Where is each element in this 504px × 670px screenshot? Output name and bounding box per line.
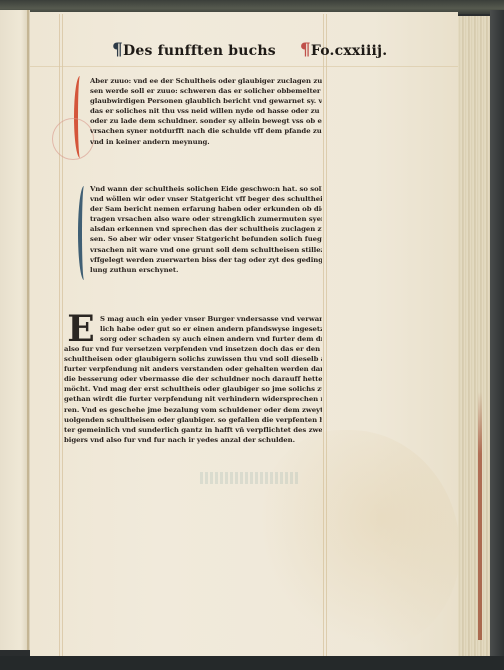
text-line: also fur vnd fur versetzen verpfenden vn… xyxy=(64,344,322,354)
text-line: vrsachen syner notdurfft nach die schuld… xyxy=(90,126,322,136)
text-line: oder zu lade dem schuldner. sonder sy al… xyxy=(90,116,322,126)
text-line: Vnd wann der schultheis solichen Eide ge… xyxy=(90,184,322,194)
red-edge-stain xyxy=(478,20,482,640)
gutter-fold xyxy=(27,10,29,650)
rubric-bracket-blue xyxy=(78,186,90,280)
text-line: vnd in keiner andern meynung. xyxy=(90,137,322,147)
text-line: glaubwirdigen Personen glaublich bericht… xyxy=(90,96,322,106)
text-line: die besserung oder vbermasse die der sch… xyxy=(64,374,322,384)
book-cover-right xyxy=(490,10,504,670)
text-line: ter gemeinlich vnd sunderlich gantz in h… xyxy=(64,425,322,435)
paragraph-2: Vnd wann der schultheis solichen Eide ge… xyxy=(90,184,322,275)
text-line: vffgelegt werden zuerwarten biss der tag… xyxy=(90,255,322,265)
pilcrow-icon: ¶ xyxy=(112,40,123,60)
ruling-line-header xyxy=(30,66,458,67)
rubric-flourish xyxy=(52,118,94,160)
text-line: tragen vrsachen also ware oder strengkli… xyxy=(90,214,322,224)
text-line: vnd wöllen wir oder vnser Statgericht vf… xyxy=(90,194,322,204)
paragraph-1: Aber zuuo: vnd ee der Schultheis oder gl… xyxy=(90,76,322,147)
text-line: lung zuthun erschynet. xyxy=(90,265,322,275)
text-line: der Sam bericht nemen erfarung haben ode… xyxy=(90,204,322,214)
text-line: vrsachen nit ware vnd one grunt soll dem… xyxy=(90,245,322,255)
running-title: Des funfften buchs xyxy=(123,43,276,59)
folio-number: Fo.cxxiiij. xyxy=(311,43,387,59)
book-binding-bottom xyxy=(0,656,504,670)
text-line: alsdan erkennen vnd sprechen das der sch… xyxy=(90,224,322,234)
page-fore-edge xyxy=(458,16,490,660)
text-line: sen werde soll er zuuo: schweren das er … xyxy=(90,86,322,96)
text-line: möcht. Vnd mag der erst schultheis oder … xyxy=(64,384,322,394)
pilcrow-red-icon: ¶ xyxy=(300,40,311,60)
text-line: lich habe oder gut so er einen andern pf… xyxy=(100,324,322,334)
ruling-line-left-outer xyxy=(59,14,60,656)
decorated-initial: E xyxy=(64,312,98,346)
text-line: ren. Vnd es geschehe jme bezalung vom sc… xyxy=(64,405,322,415)
ruling-line-left-inner xyxy=(62,14,63,656)
text-line: sorg oder schaden sy auch einen andern v… xyxy=(100,334,322,344)
text-line: schultheisen oder glaubigern solichs zuw… xyxy=(64,354,322,364)
text-line: Aber zuuo: vnd ee der Schultheis oder gl… xyxy=(90,76,322,86)
text-line: gethan wirdt die furter verpfendung nit … xyxy=(64,394,322,404)
text-line: sen. So aber wir oder vnser Statgericht … xyxy=(90,234,322,244)
text-line: das er soliches nit thu vss neid willen … xyxy=(90,106,322,116)
paragraph-3: also fur vnd fur versetzen verpfenden vn… xyxy=(64,344,322,445)
ink-offset-mark xyxy=(200,472,300,484)
text-line: uolgenden schultheisen oder glaubiger. s… xyxy=(64,415,322,425)
text-line: bigers vnd also fur vnd fur nach ir yede… xyxy=(64,435,322,445)
paragraph-3-first-lines: S mag auch ein yeder vnser Burger vnders… xyxy=(100,314,322,344)
running-header: ¶Des funfften buchs¶Fo.cxxiiij. xyxy=(112,40,372,64)
text-line: furter verpfendung nit anders verstanden… xyxy=(64,364,322,374)
text-line: S mag auch ein yeder vnser Burger vnders… xyxy=(100,314,322,324)
facing-page-edge xyxy=(0,10,30,650)
